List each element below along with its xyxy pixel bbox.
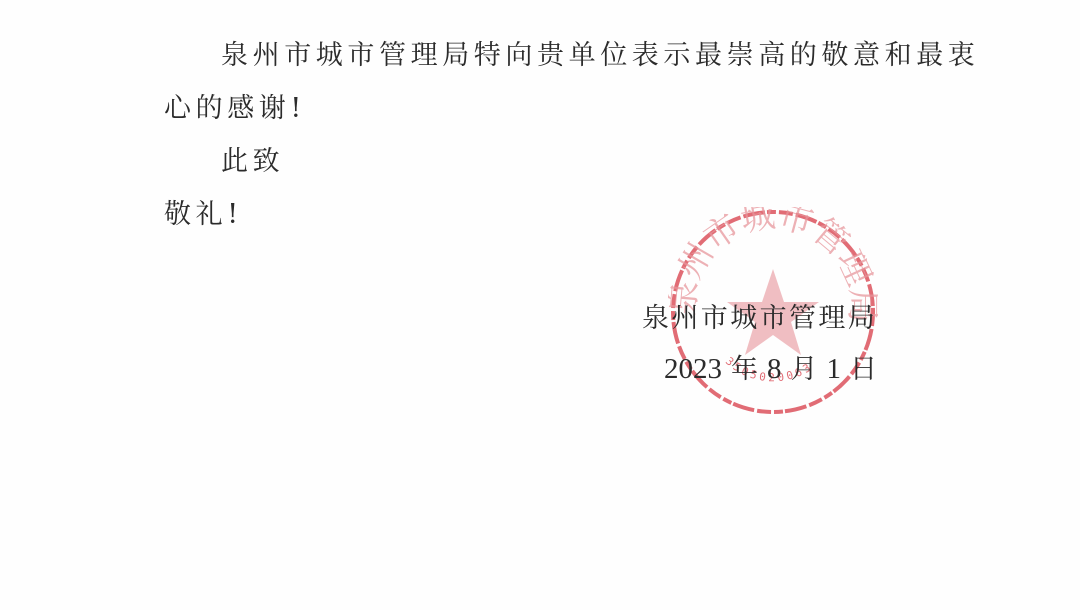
- date-day-unit: 日: [850, 356, 877, 383]
- date-month-unit: 月: [791, 356, 818, 383]
- date-month: 8: [767, 355, 782, 384]
- paragraph-line-1: 泉州市城市管理局特向贵单位表示最崇高的敬意和最衷: [221, 42, 979, 69]
- signature-organization: 泉州市城市管理局: [642, 305, 877, 332]
- document-page: 泉州市城市管理局特向贵单位表示最崇高的敬意和最衷 心的感谢! 此致 敬礼! 泉州…: [0, 0, 1080, 610]
- date-year-unit: 年: [731, 356, 758, 383]
- closing-salutation: 此致: [221, 148, 284, 175]
- date-year: 2023: [664, 355, 722, 384]
- closing-regards: 敬礼!: [164, 201, 243, 228]
- date-day: 1: [827, 355, 842, 384]
- paragraph-line-2: 心的感谢!: [164, 95, 306, 122]
- signature-date: 2023年8月1日: [664, 355, 877, 384]
